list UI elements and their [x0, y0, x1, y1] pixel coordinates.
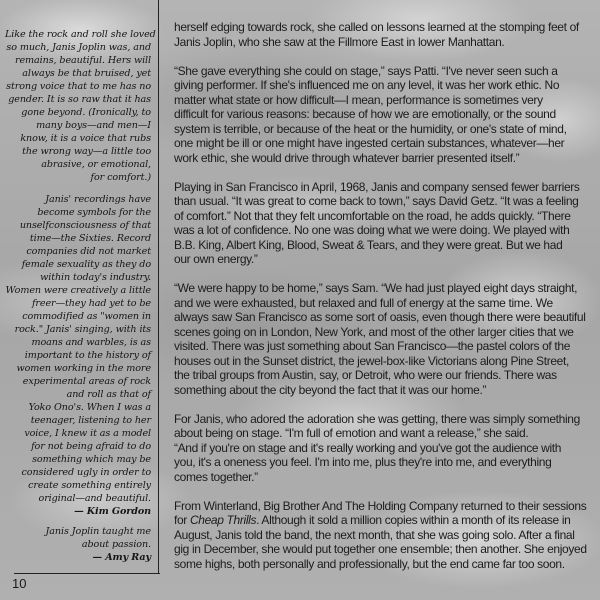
text-line: visited. There was just something about … [174, 339, 594, 354]
text-line: August, Janis told the band, the next mo… [174, 528, 594, 543]
text-line: scenes going on in London, New York, and… [174, 325, 594, 340]
text-line: you, it's a oneness you feel. I'm into m… [174, 455, 594, 470]
quote-line: original—and beautiful. [5, 492, 151, 505]
text-line: From Winterland, Big Brother And The Hol… [174, 499, 594, 514]
quote-line: teenager, listening to her [5, 414, 151, 427]
text-line: about being on stage. “I'm full of emoti… [174, 426, 594, 441]
quote-line: voice, I knew it as a model [5, 427, 151, 440]
text-line: one might be ill or one might have inges… [174, 136, 594, 151]
text-line: of comfort.” Not that they felt uncomfor… [174, 209, 594, 224]
text-line: than usual. “It was great to come back t… [174, 194, 594, 209]
quote-line: become symbols for the [5, 206, 151, 219]
text-line: “She gave everything she could on stage,… [174, 64, 594, 79]
quote-line: companies did not market [5, 245, 151, 258]
quote-attribution: — Kim Gordon [5, 505, 151, 518]
article-body: herself edging towards rock, she called … [174, 20, 594, 586]
text-line: for Cheap Thrills. Although it sold a mi… [174, 513, 594, 528]
page-number: 10 [12, 576, 26, 591]
quote-line: women working in the more [5, 362, 151, 375]
album-title: Cheap Thrills [190, 513, 256, 527]
text-line: giving performer. If she's influenced me… [174, 78, 594, 93]
quote-attribution: — Amy Ray [5, 551, 151, 564]
text-line: “We were happy to be home,” says Sam. “W… [174, 281, 594, 296]
quote-line: strong voice that to me has no [5, 80, 151, 93]
quote-line: female sexuality as they do [5, 258, 151, 271]
text-line: matter what state or how difficult—I mea… [174, 93, 594, 108]
quote-line: Women were creatively a little [5, 284, 151, 297]
text-line: gig in December, she would put together … [174, 542, 594, 557]
text-line: was a lot of confidence. No one was doin… [174, 223, 594, 238]
text-line: herself edging towards rock, she called … [174, 20, 594, 35]
quote-line: gender. It is so raw that it has [5, 93, 151, 106]
text-fragment: . Although it sold a million copies with… [256, 513, 570, 527]
quote-line: time—the Sixties. Record [5, 232, 151, 245]
quote-line: always be that bruised, yet [5, 67, 151, 80]
quote-line: within today's industry. [5, 271, 151, 284]
paragraph: “We were happy to be home,” says Sam. “W… [174, 281, 594, 397]
paragraph: From Winterland, Big Brother And The Hol… [174, 499, 594, 572]
text-line: and we were exhausted, but relaxed and f… [174, 296, 594, 311]
quote-line: experimental areas of rock [5, 375, 151, 388]
quote-line: Yoko Ono's. When I was a [5, 401, 151, 414]
quote-line: gone beyond. (Ironically, to [5, 106, 151, 119]
quote-line: and roll as that of [5, 388, 151, 401]
quote-line: Like the rock and roll she loved [5, 28, 151, 41]
quote-line: rock." Janis' singing, with its [5, 323, 151, 336]
quote-line: Janis Joplin taught me [5, 525, 151, 538]
text-line: Janis Joplin, who she saw at the Fillmor… [174, 35, 594, 50]
quote-line: remains, beautiful. Hers will [5, 54, 151, 67]
text-line: some highs, both personally and professi… [174, 557, 594, 572]
quote-line: for comfort.) [5, 171, 151, 184]
text-line: always saw San Francisco as some sort of… [174, 310, 594, 325]
text-line: difficult for various reasons: because o… [174, 107, 594, 122]
text-line: houses out in the Sunset district, the j… [174, 354, 594, 369]
text-line: something about the city beyond the fact… [174, 383, 594, 398]
text-line: the tribal groups from Austin, say, or D… [174, 368, 594, 383]
quote-line: so much, Janis Joplin was, and [5, 41, 151, 54]
quote-line: know, it is a voice that rubs [5, 132, 151, 145]
text-line: Playing in San Francisco in April, 1968,… [174, 180, 594, 195]
text-line: “And if you're on stage and it's really … [174, 441, 594, 456]
quote-line: something which may be [5, 453, 151, 466]
paragraph: For Janis, who adored the adoration she … [174, 412, 594, 485]
pullquote-intro: Like the rock and roll she loved so much… [5, 28, 151, 184]
sidebar-pullquotes: Like the rock and roll she loved so much… [0, 0, 159, 573]
quote-line: create something entirely [5, 479, 151, 492]
quote-line: important to the history of [5, 349, 151, 362]
text-line: For Janis, who adored the adoration she … [174, 412, 594, 427]
quote-line: moans and warbles, is as [5, 336, 151, 349]
text-line: our own energy.” [174, 252, 594, 267]
quote-line: for not being afraid to do [5, 440, 151, 453]
text-line: comes together.” [174, 470, 594, 485]
quote-line: commodified as "women in [5, 310, 151, 323]
quote-line: unselfconsciousness of that [5, 219, 151, 232]
quote-line: considered ugly in order to [5, 466, 151, 479]
quote-line: the wrong way—a little too [5, 145, 151, 158]
paragraph: “She gave everything she could on stage,… [174, 64, 594, 166]
text-fragment: for [174, 513, 190, 527]
quote-line: Janis' recordings have [5, 193, 151, 206]
pullquote-kim-gordon: Janis' recordings have become symbols fo… [5, 193, 151, 518]
quote-line: many boys—and men—I [5, 119, 151, 132]
text-line: work ethic, she would drive through what… [174, 151, 594, 166]
paragraph: herself edging towards rock, she called … [174, 20, 594, 49]
quote-line: abrasive, or emotional, [5, 158, 151, 171]
pullquote-amy-ray: Janis Joplin taught me about passion. — … [5, 525, 151, 564]
quote-line: freer—they had yet to be [5, 297, 151, 310]
footer-rule [14, 573, 160, 574]
text-line: B.B. King, Albert King, Blood, Sweat & T… [174, 238, 594, 253]
paragraph: Playing in San Francisco in April, 1968,… [174, 180, 594, 267]
text-line: system is terrible, or because of the he… [174, 122, 594, 137]
quote-line: about passion. [5, 538, 151, 551]
